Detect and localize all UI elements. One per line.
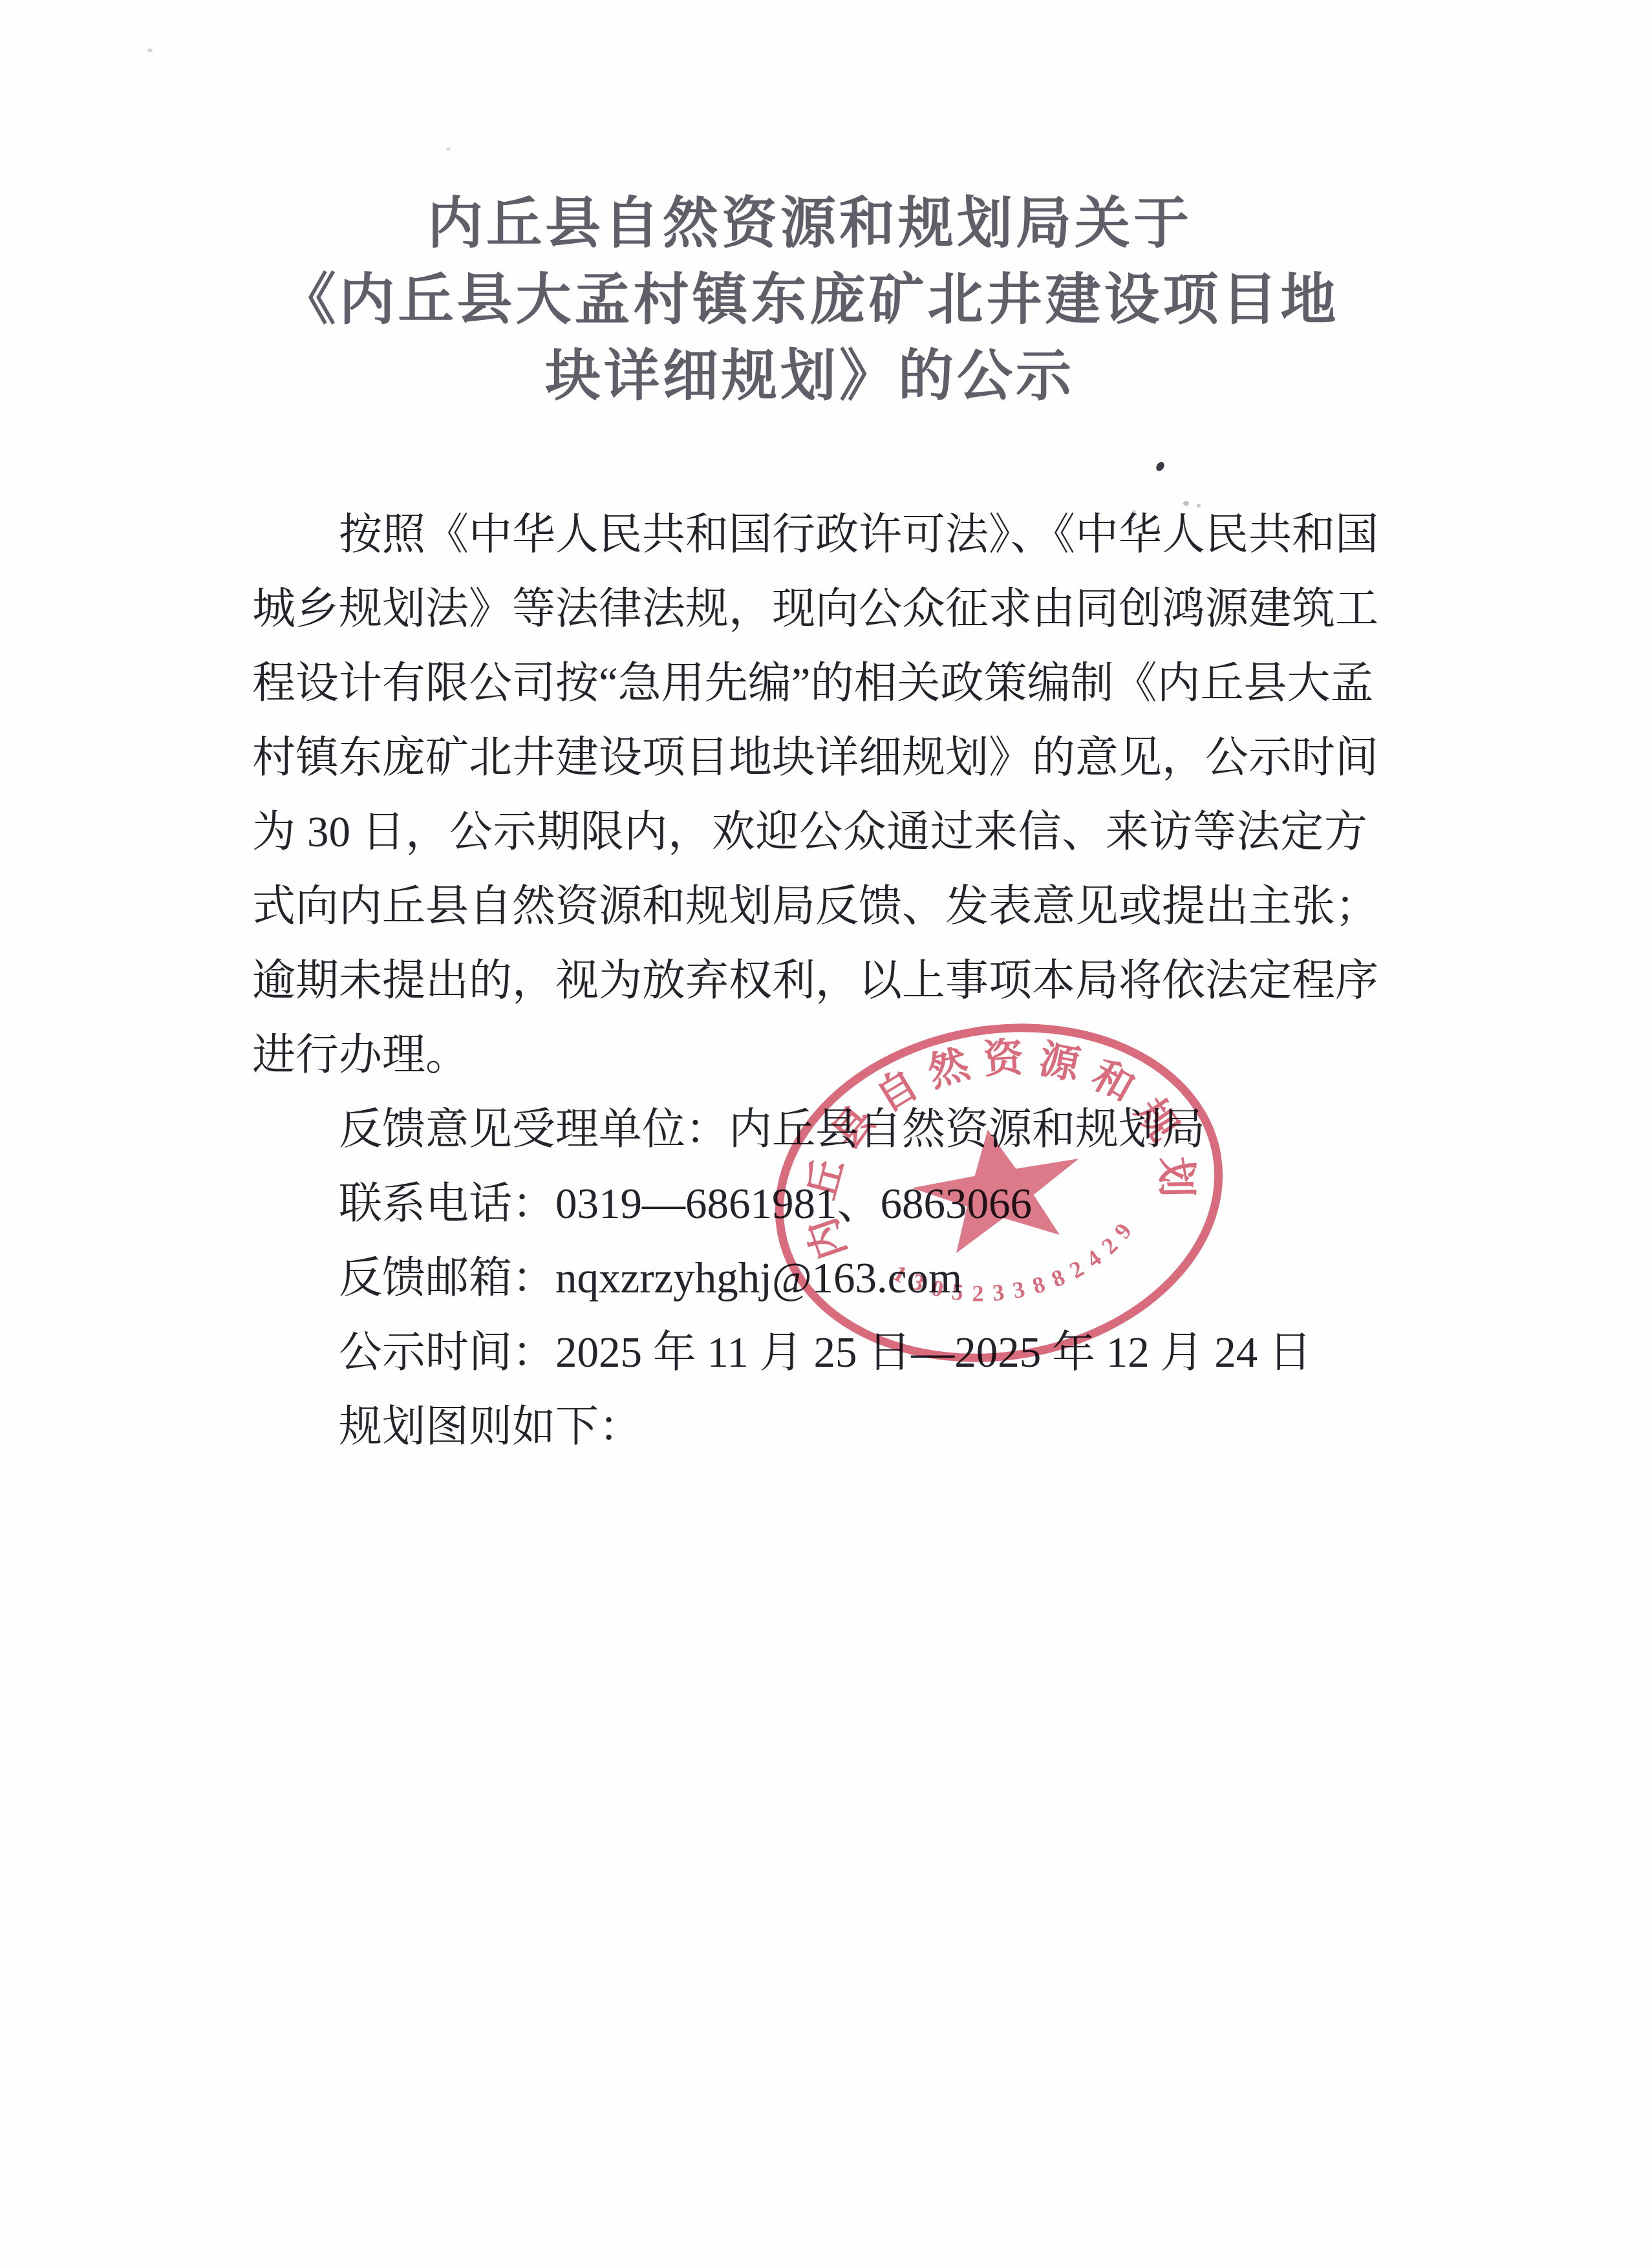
svg-text:1305233882429: 1305233882429 — [884, 1212, 1148, 1324]
scan-artifact — [147, 48, 153, 52]
body-text-line: 程设计有限公司按“急用先编”的相关政策编制《内丘县大孟 — [252, 647, 1367, 721]
notice-title-line-2: 《内丘县大孟村镇东庞矿北井建设项目地 — [252, 262, 1367, 338]
scan-artifact — [1132, 510, 1136, 513]
notice-page: 内丘县自然资源和规划局关于 《内丘县大孟村镇东庞矿北井建设项目地 块详细规划》的… — [0, 0, 1650, 2268]
body-text-line: 城乡规划法》等法律法规，现向公众征求由同创鸿源建筑工 — [252, 572, 1367, 647]
body-text-line: 按照《中华人民共和国行政许可法》、《中华人民共和国 — [252, 498, 1367, 572]
scan-artifact — [1155, 460, 1166, 473]
scan-artifact — [446, 147, 451, 151]
seal-code-text: 1305233882429 — [884, 1212, 1148, 1324]
star-icon — [905, 1115, 1092, 1259]
notice-title-line-3: 块详细规划》的公示 — [252, 338, 1367, 414]
scan-artifact — [1197, 504, 1201, 508]
body-text-line: 式向内丘县自然资源和规划局反馈、发表意见或提出主张； — [252, 870, 1367, 944]
scan-artifact — [1183, 501, 1189, 506]
notice-title-line-1: 内丘县自然资源和规划局关于 — [252, 186, 1367, 262]
official-seal: 内丘县自然资源和规划局 1305233882429 — [734, 979, 1264, 1406]
notice-title: 内丘县自然资源和规划局关于 《内丘县大孟村镇东庞矿北井建设项目地 块详细规划》的… — [252, 186, 1367, 414]
body-text-line: 村镇东庞矿北井建设项目地块详细规划》的意见，公示时间 — [252, 721, 1367, 795]
body-text-line: 为 30 日，公示期限内，欢迎公众通过来信、来访等法定方 — [252, 795, 1367, 870]
